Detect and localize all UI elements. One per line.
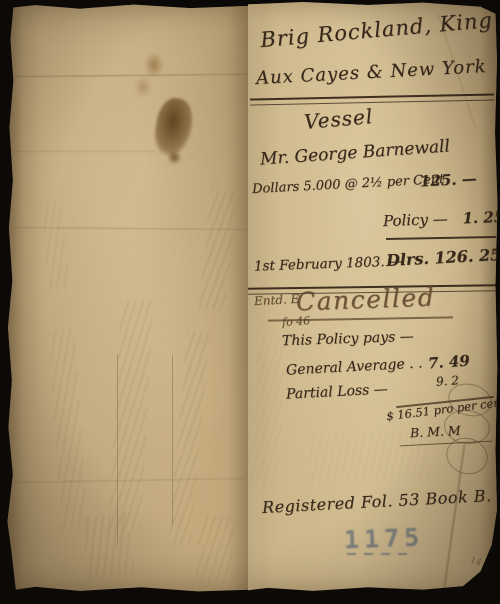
pencil-loop-scribble <box>441 432 492 479</box>
date-line: 1st February 1803. — <box>254 255 403 274</box>
vessel-route-heading-line1: Brig Rockland, King <box>260 10 494 51</box>
policy-fee-label: Policy — <box>383 210 448 230</box>
bleedthrough-column-line <box>172 355 173 525</box>
entered-note: Entd. E <box>254 293 300 307</box>
general-average-label: General Average . . <box>286 356 423 377</box>
policy-pays-line: This Policy pays — <box>282 330 414 349</box>
left-page <box>6 4 252 592</box>
vessel-route-heading-line2: Aux Cayes & New York <box>256 58 487 88</box>
ruled-line-double <box>250 93 494 105</box>
stamp-number: 1175 <box>344 525 425 553</box>
bleedthrough-marks <box>48 329 88 530</box>
small-stain <box>134 76 152 98</box>
premium-label: Dollars 5.000 @ 2½ per Cent <box>252 173 445 196</box>
total-amount: Dlrs. 126. 25 <box>386 247 498 269</box>
ink-blot-tail <box>168 150 181 165</box>
page-number-pencil: 14 <box>469 557 482 569</box>
scanned-document-photo: Brig Rockland, King Aux Cayes & New York… <box>0 0 500 604</box>
stamp-underline-marks <box>347 553 413 555</box>
policy-fee-amount: 1. 25 <box>462 208 498 227</box>
fold-crease <box>6 151 156 152</box>
general-average-amount: 7. 49 <box>428 354 471 372</box>
fold-crease <box>8 74 248 78</box>
premium-amount: 125. — <box>420 172 477 190</box>
ink-blot-stain <box>152 96 196 158</box>
bleedthrough-marks <box>196 514 235 584</box>
bleedthrough-marks <box>109 299 153 530</box>
bleedthrough-marks <box>40 199 69 291</box>
partial-loss-label: Partial Loss — <box>286 382 388 401</box>
bleedthrough-column-line <box>117 355 118 545</box>
ruled-line <box>386 236 496 239</box>
bleedthrough-marks <box>250 333 286 484</box>
right-page: Brig Rockland, King Aux Cayes & New York… <box>248 2 498 592</box>
bleedthrough-marks <box>307 430 429 484</box>
folio-note: fo 46 <box>282 315 311 328</box>
policy-fee-line: Policy — 1. 25 <box>383 210 498 229</box>
vessel-label: Vessel <box>303 106 374 132</box>
bleedthrough-marks <box>199 189 237 311</box>
cancelled-note: Cancelled <box>296 285 436 315</box>
bleedthrough-marks <box>81 512 135 578</box>
underwriter-name: Mr. George Barnewall <box>260 138 451 168</box>
